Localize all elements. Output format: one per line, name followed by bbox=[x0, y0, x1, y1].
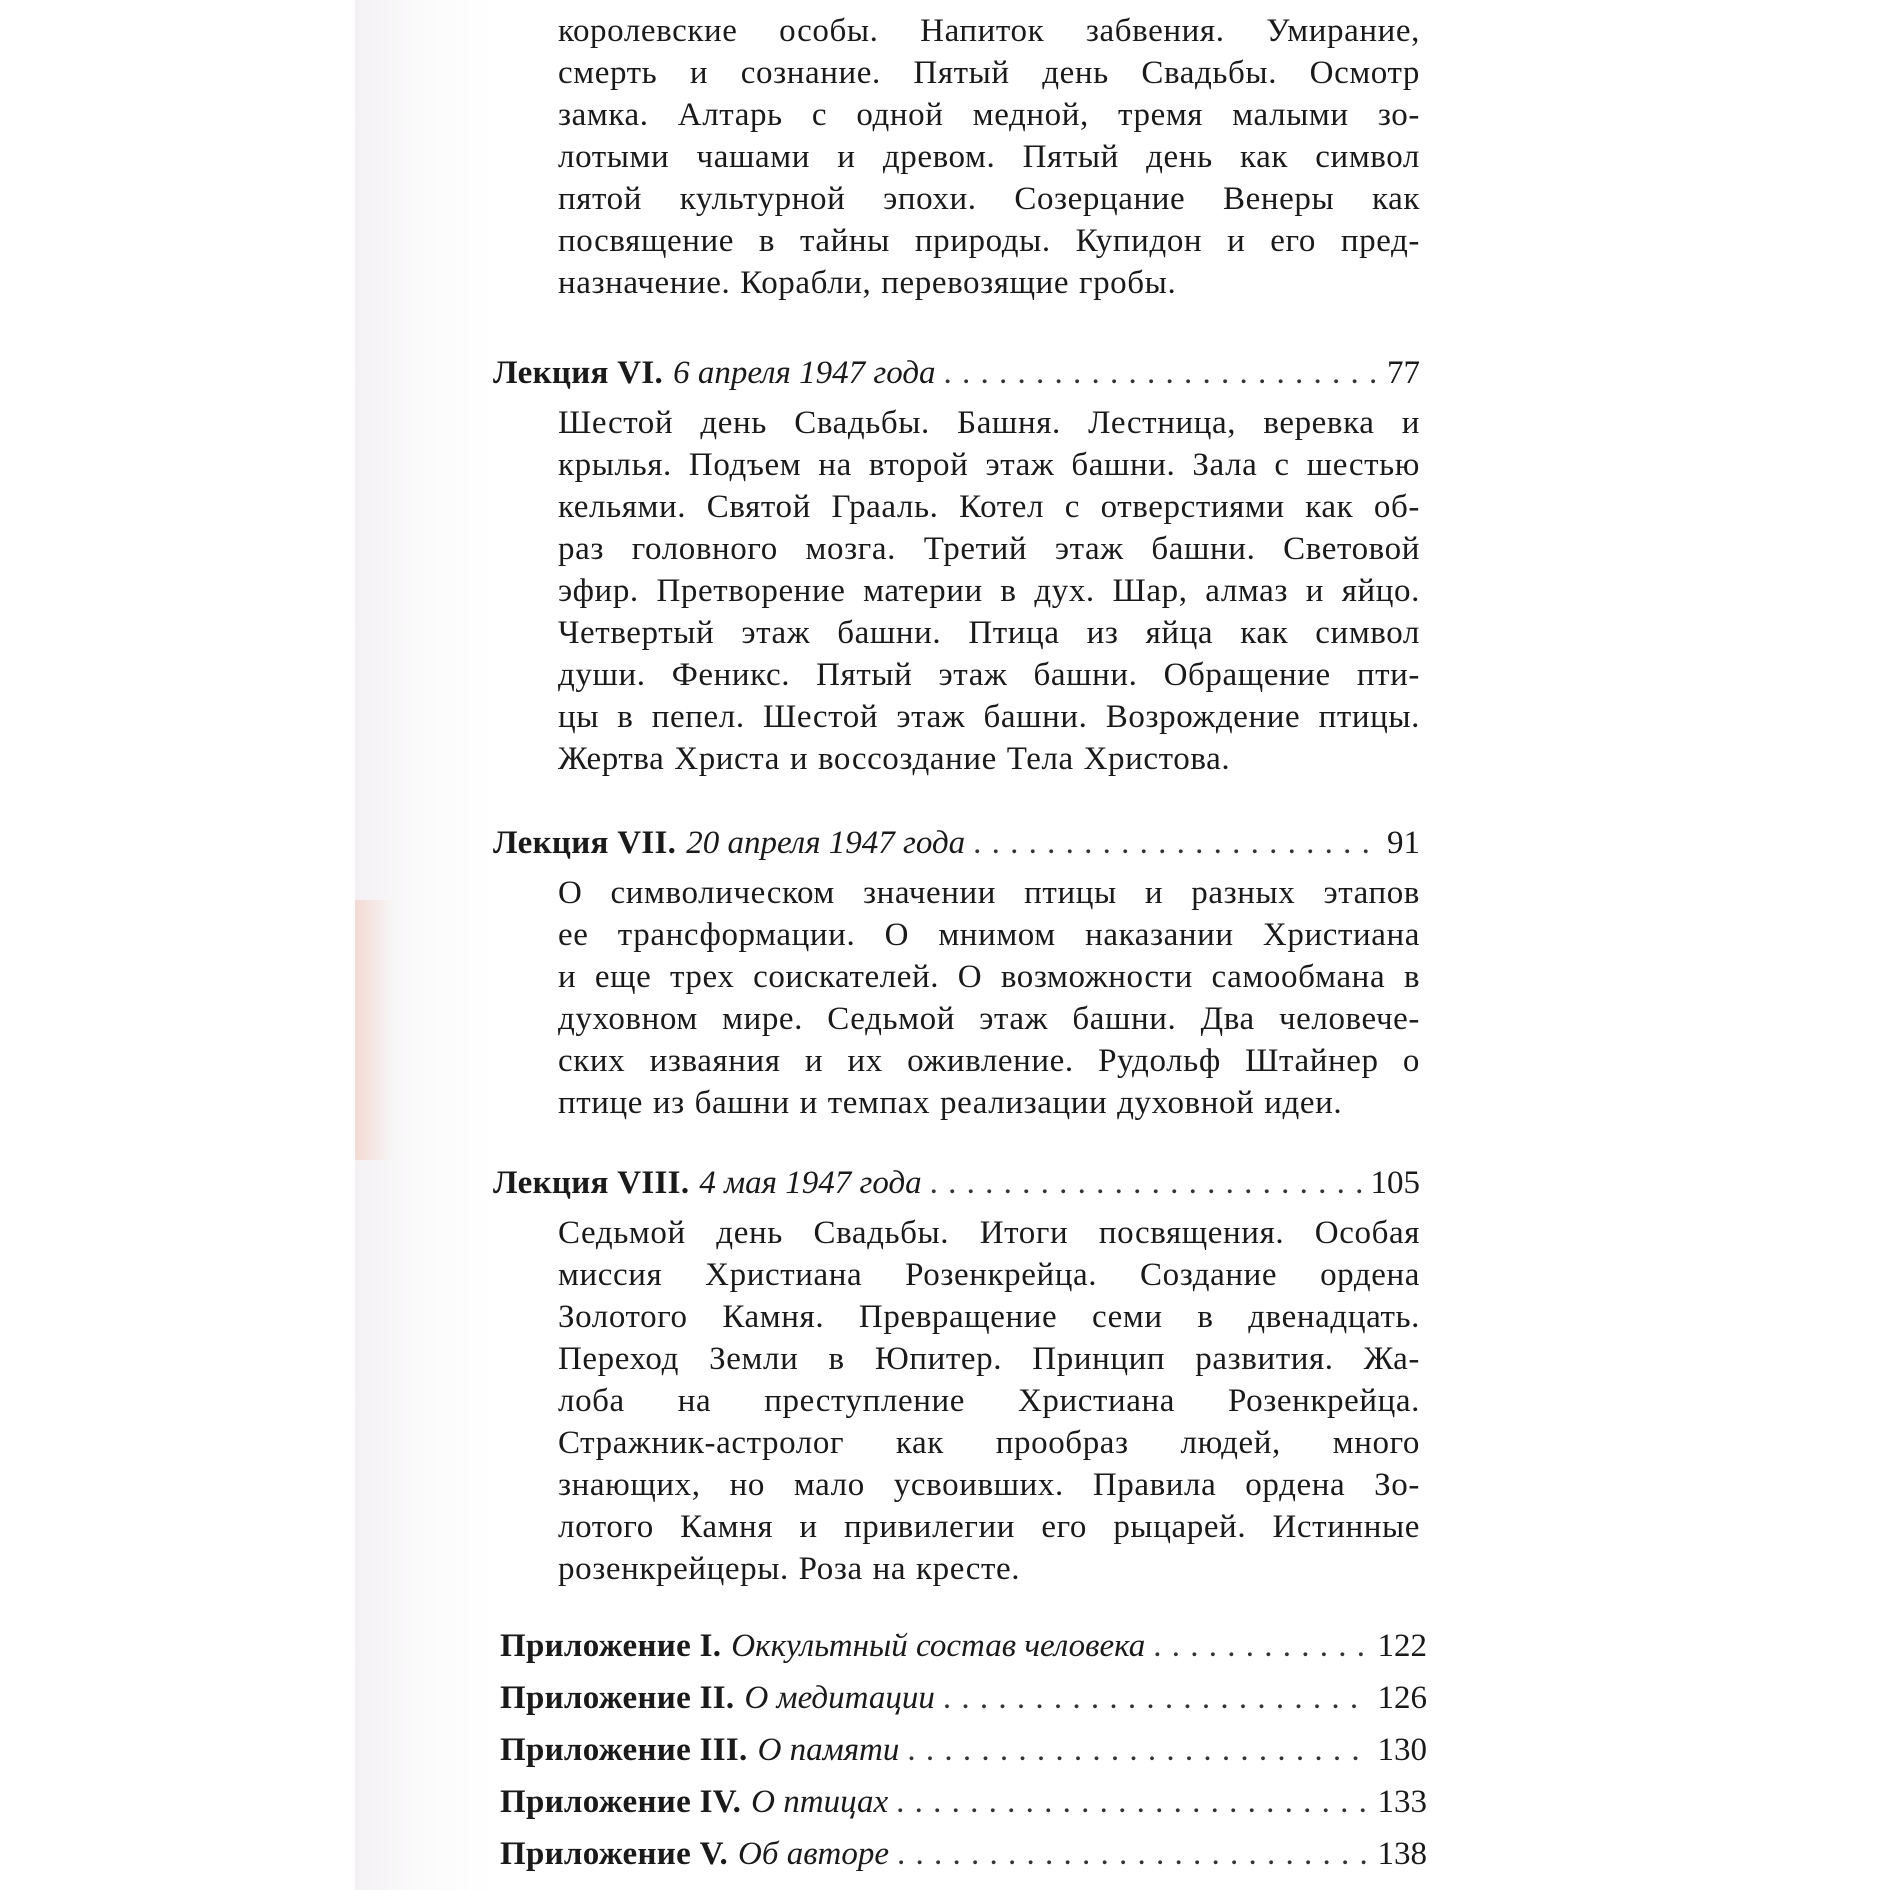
dot-leader bbox=[930, 1162, 1363, 1204]
summary-line: цы в пепел. Шестой этаж башни. Возрожден… bbox=[558, 696, 1420, 738]
summary-paragraph: О символическом значении птицы и разных … bbox=[558, 872, 1420, 1124]
dot-leader bbox=[1153, 1620, 1369, 1672]
summary-line: ских изваяния и их оживление. Рудольф Шт… bbox=[558, 1040, 1420, 1082]
summary-line: королевские особы. Напиток забвения. Уми… bbox=[558, 10, 1420, 52]
toc-entry-appendix-2[interactable]: Приложение II. О медитации 126 bbox=[500, 1672, 1427, 1724]
summary-line: Четвертый этаж башни. Птица из яйца как … bbox=[558, 612, 1420, 654]
appendices-list: Приложение I. Оккультный состав человека… bbox=[500, 1620, 1427, 1880]
appendix-number: Приложение IV. bbox=[500, 1776, 741, 1828]
dot-leader bbox=[897, 1828, 1369, 1880]
lecture-8-section: Лекция VIII. 4 мая 1947 года 105 Седьмой… bbox=[493, 1162, 1420, 1590]
summary-paragraph: Седьмой день Свадьбы. Итоги посвящения. … bbox=[558, 1212, 1420, 1590]
lecture-6-section: Лекция VI. 6 апреля 1947 года 77 Шестой … bbox=[493, 352, 1420, 780]
summary-line: О символическом значении птицы и разных … bbox=[558, 872, 1420, 914]
appendix-title: О памяти bbox=[758, 1724, 900, 1776]
page-number: 138 bbox=[1378, 1828, 1428, 1880]
page-number: 126 bbox=[1378, 1672, 1428, 1724]
summary-line: Жертва Христа и воссоздание Тела Христов… bbox=[558, 738, 1420, 780]
appendix-title: Оккультный состав человека bbox=[731, 1620, 1145, 1672]
page-number: 133 bbox=[1378, 1776, 1428, 1828]
page-number: 77 bbox=[1387, 352, 1420, 394]
toc-entry-appendix-5[interactable]: Приложение V. Об авторе 138 bbox=[500, 1828, 1427, 1880]
summary-line: посвящение в тайны природы. Купидон и ег… bbox=[558, 220, 1420, 262]
lecture-number: Лекция VI. bbox=[493, 352, 663, 394]
page-number: 122 bbox=[1378, 1620, 1428, 1672]
lecture-date: 20 апреля 1947 года bbox=[686, 822, 965, 864]
summary-line: духовном мире. Седьмой этаж башни. Два ч… bbox=[558, 998, 1420, 1040]
toc-entry-lecture-6[interactable]: Лекция VI. 6 апреля 1947 года 77 bbox=[493, 352, 1420, 394]
summary-line: лоба на преступление Христиана Розенкрей… bbox=[558, 1380, 1420, 1422]
lecture-date: 6 апреля 1947 года bbox=[673, 352, 935, 394]
summary-line: Шестой день Свадьбы. Башня. Лестница, ве… bbox=[558, 402, 1420, 444]
summary-line: птице из башни и темпах реализации духов… bbox=[558, 1082, 1420, 1124]
summary-line: кельями. Святой Грааль. Котел с отверсти… bbox=[558, 486, 1420, 528]
summary-line: Седьмой день Свадьбы. Итоги посвящения. … bbox=[558, 1212, 1420, 1254]
summary-line: знающих, но мало усвоивших. Правила орде… bbox=[558, 1464, 1420, 1506]
lecture-number: Лекция VIII. bbox=[493, 1162, 689, 1204]
summary-line: пятой культурной эпохи. Созерцание Венер… bbox=[558, 178, 1420, 220]
summary-line: крылья. Подъем на второй этаж башни. Зал… bbox=[558, 444, 1420, 486]
summary-line: эфир. Претворение материи в дух. Шар, ал… bbox=[558, 570, 1420, 612]
continuation-summary: королевские особы. Напиток забвения. Уми… bbox=[493, 10, 1420, 304]
dot-leader bbox=[943, 1672, 1370, 1724]
lecture-number: Лекция VII. bbox=[493, 822, 676, 864]
dot-leader bbox=[907, 1724, 1369, 1776]
summary-line: розенкрейцеры. Роза на кресте. bbox=[558, 1548, 1420, 1590]
summary-line: и еще трех соискателей. О возможности са… bbox=[558, 956, 1420, 998]
page-number: 91 bbox=[1387, 822, 1420, 864]
summary-paragraph: королевские особы. Напиток забвения. Уми… bbox=[558, 10, 1420, 304]
page-number: 105 bbox=[1371, 1162, 1421, 1204]
page-number: 130 bbox=[1378, 1724, 1428, 1776]
summary-line: лотыми чашами и древом. Пятый день как с… bbox=[558, 136, 1420, 178]
summary-line: Стражник-астролог как прообраз людей, мн… bbox=[558, 1422, 1420, 1464]
summary-line: смерть и сознание. Пятый день Свадьбы. О… bbox=[558, 52, 1420, 94]
summary-paragraph: Шестой день Свадьбы. Башня. Лестница, ве… bbox=[558, 402, 1420, 780]
summary-line: души. Феникс. Пятый этаж башни. Обращени… bbox=[558, 654, 1420, 696]
toc-entry-appendix-4[interactable]: Приложение IV. О птицах 133 bbox=[500, 1776, 1427, 1828]
summary-line: Золотого Камня. Превращение семи в двена… bbox=[558, 1296, 1420, 1338]
lecture-date: 4 мая 1947 года bbox=[699, 1162, 921, 1204]
dot-leader bbox=[896, 1776, 1369, 1828]
toc-entry-lecture-7[interactable]: Лекция VII. 20 апреля 1947 года 91 bbox=[493, 822, 1420, 864]
appendix-title: О медитации bbox=[744, 1672, 934, 1724]
lecture-7-section: Лекция VII. 20 апреля 1947 года 91 О сим… bbox=[493, 822, 1420, 1124]
toc-entry-lecture-8[interactable]: Лекция VIII. 4 мая 1947 года 105 bbox=[493, 1162, 1420, 1204]
appendix-title: О птицах bbox=[751, 1776, 888, 1828]
dot-leader bbox=[973, 822, 1379, 864]
appendix-number: Приложение I. bbox=[500, 1620, 721, 1672]
summary-line: миссия Христиана Розенкрейца. Создание о… bbox=[558, 1254, 1420, 1296]
appendix-title: Об авторе bbox=[738, 1828, 889, 1880]
appendix-number: Приложение V. bbox=[500, 1828, 728, 1880]
toc-entry-appendix-1[interactable]: Приложение I. Оккультный состав человека… bbox=[500, 1620, 1427, 1672]
dot-leader bbox=[944, 352, 1379, 394]
appendix-number: Приложение III. bbox=[500, 1724, 748, 1776]
summary-line: ее трансформации. О мнимом наказании Хри… bbox=[558, 914, 1420, 956]
summary-line: Переход Земли в Юпитер. Принцип развития… bbox=[558, 1338, 1420, 1380]
summary-line: лотого Камня и привилегии его рыцарей. И… bbox=[558, 1506, 1420, 1548]
summary-line: раз головного мозга. Третий этаж башни. … bbox=[558, 528, 1420, 570]
summary-line: назначение. Корабли, перевозящие гробы. bbox=[558, 262, 1420, 304]
summary-line: замка. Алтарь с одной медной, тремя малы… bbox=[558, 94, 1420, 136]
toc-entry-appendix-3[interactable]: Приложение III. О памяти 130 bbox=[500, 1724, 1427, 1776]
appendix-number: Приложение II. bbox=[500, 1672, 734, 1724]
